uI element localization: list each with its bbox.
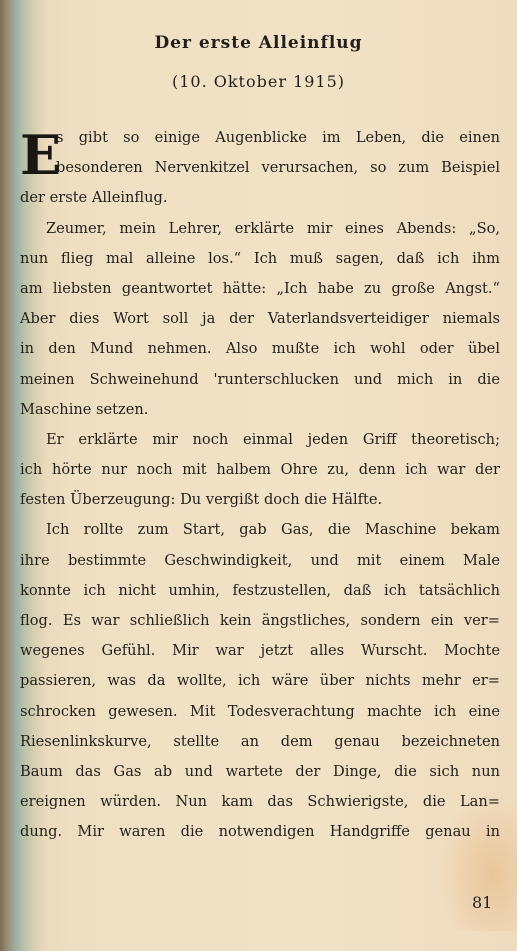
text-line: flog. Es war schließlich kein ängstliche… — [20, 606, 500, 636]
text-line: Riesenlinkskurve, stellte an dem genau b… — [20, 727, 500, 757]
text-line: festen Überzeugung: Du vergißt doch die … — [20, 485, 500, 515]
chapter-title: Der erste Alleinflug — [0, 33, 517, 53]
text-line: ereignen würden. Nun kam das Schwierigst… — [20, 787, 500, 817]
text-line: konnte ich nicht umhin, festzustellen, d… — [20, 576, 500, 606]
text-line: ich hörte nur noch mit halbem Ohre zu, d… — [20, 455, 500, 485]
text-line: Ich rollte zum Start, gab Gas, die Masch… — [20, 515, 500, 545]
text-line: ihre bestimmte Geschwindigkeit, und mit … — [20, 546, 500, 576]
text-line: in den Mund nehmen. Also mußte ich wohl … — [20, 334, 500, 364]
page-number: 81 — [472, 893, 492, 912]
text-line: wegenes Gefühl. Mir war jetzt alles Wurs… — [20, 636, 500, 666]
chapter-date: (10. Oktober 1915) — [0, 72, 517, 91]
body-text: s gibt so einige Augenblicke im Leben, d… — [20, 123, 500, 848]
text-line: am liebsten geantwortet hätte: „Ich habe… — [20, 274, 500, 304]
text-line: meinen Schweinehund 'runterschlucken und… — [20, 365, 500, 395]
text-line: nun flieg mal alleine los.“ Ich muß sage… — [20, 244, 500, 274]
text-line: dung. Mir waren die notwendigen Handgrif… — [20, 817, 500, 847]
text-line: Zeumer, mein Lehrer, erklärte mir eines … — [20, 214, 500, 244]
text-line: Baum das Gas ab und wartete der Dinge, d… — [20, 757, 500, 787]
text-line: schrocken gewesen. Mit Todesverachtung m… — [20, 697, 500, 727]
text-line: s gibt so einige Augenblicke im Leben, d… — [20, 123, 500, 153]
book-page: Der erste Alleinflug (10. Oktober 1915) … — [0, 0, 517, 951]
text-line: passieren, was da wollte, ich wäre über … — [20, 666, 500, 696]
text-line: Er erklärte mir noch einmal jeden Griff … — [20, 425, 500, 455]
text-line: der erste Alleinflug. — [20, 183, 500, 213]
text-line: Maschine setzen. — [20, 395, 500, 425]
text-line: Aber dies Wort soll ja der Vaterlandsver… — [20, 304, 500, 334]
text-line: besonderen Nervenkitzel verursachen, so … — [20, 153, 500, 183]
